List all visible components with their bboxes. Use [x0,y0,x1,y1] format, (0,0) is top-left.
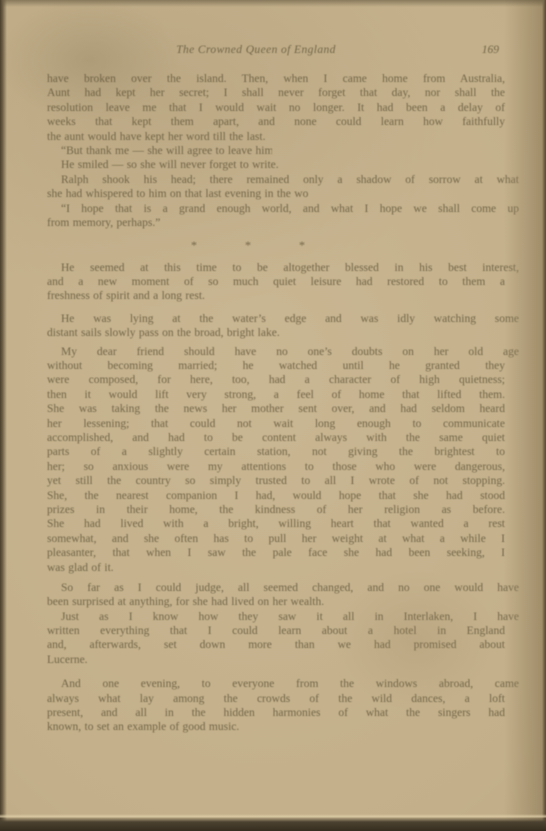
text-line: weeks that kept them apart, and none cou… [47,115,505,129]
text-line: Aunt had kept her secret; I shall never … [47,86,505,100]
text-line: And one evening, to everyone from the wi… [47,677,519,691]
text-line: without becoming married; he watched unt… [47,359,505,373]
body-text: have broken over the island. Then, when … [47,72,505,735]
paragraph: He was lying at the water’s edge and was… [47,312,505,341]
page-edge-left [0,0,7,831]
running-head-title: The Crowned Queen of England [47,44,465,56]
text-line: pleasanter, that when I saw the pale fac… [47,546,505,560]
text-line: yet still the country so simply trusted … [47,474,505,488]
text-line: freshness of spirit and a long rest. [47,289,239,303]
paragraph: have broken over the island. Then, when … [47,72,505,144]
text-line: were composed, for here, too, had a char… [47,373,505,387]
page-number: 169 [482,44,499,56]
paragraph: He smiled — so she will never forget to … [47,158,505,172]
text-line: prizes in their home, the kindness of he… [47,503,505,517]
running-head-row: The Crowned Queen of England 169 [47,44,505,60]
asterisk-mark: * [299,238,305,252]
text-line: always what lay among the crowds of the … [47,692,505,706]
paragraph: He seemed at this time to be altogether … [47,261,505,304]
text-line: then it would lift very strong, a feel o… [47,388,505,402]
paragraph: Just as I know how they saw it all in In… [47,610,505,668]
text-line: her; so anxious were my attentions to th… [47,460,505,474]
page-edge-top [0,0,546,7]
text-line: distant sails slowly pass on the broad, … [47,326,285,340]
text-line: Ralph shook his head; there remained onl… [47,173,519,187]
paragraph: My dear friend should have no one’s doub… [47,345,505,575]
paragraph: Ralph shook his head; there remained onl… [47,173,505,202]
text-line: parts of a slightly certain station, not… [47,445,505,459]
text-line: written everything that I could learn ab… [47,624,505,638]
text-line: and, afterwards, set down more than we h… [47,638,505,652]
text-line: Just as I know how they saw it all in In… [47,610,519,624]
text-line: He smiled — so she will never forget to … [47,158,290,172]
paragraph: So far as I could judge, all seemed chan… [47,581,505,610]
page-curl-shading [504,0,546,831]
paragraph: “But thank me — she will agree to leave … [47,144,505,158]
text-line: accomplished, and had to be content alwa… [47,431,505,445]
text-line: she had whispered to him on that last ev… [47,187,308,201]
text-line: So far as I could judge, all seemed chan… [47,581,519,595]
text-line: She was taking the news her mother sent … [47,402,505,416]
text-line: the aunt would have kept her word till t… [47,130,331,144]
text-line: My dear friend should have no one’s doub… [47,345,519,359]
text-line: somewhat, and she often has to pull her … [47,532,505,546]
page-print-area: The Crowned Queen of England 169 have br… [47,44,505,735]
paragraph: “I hope that is a grand enough world, an… [47,202,505,231]
page-edge-bottom-highlight [0,814,546,818]
text-line: resolution leave me that I would wait no… [47,101,505,115]
text-line: was glad of it. [47,561,139,575]
text-line: He was lying at the water’s edge and was… [47,312,519,326]
page-edge-right [542,0,546,831]
text-line: “I hope that is a grand enough world, an… [47,202,519,216]
text-line: Lucerne. [47,653,116,667]
text-line: her lessening; that could not wait long … [47,417,505,431]
text-line: “But thank me — she will agree to leave … [47,144,272,158]
text-line: She, the nearest companion I had, would … [47,489,505,503]
book-page-photo: The Crowned Queen of England 169 have br… [0,0,546,831]
paragraph: And one evening, to everyone from the wi… [47,677,505,735]
page-edge-bottom [0,817,546,831]
text-line: have broken over the island. Then, when … [47,72,505,86]
text-line: and a new moment of so much quiet leisur… [47,275,505,289]
text-line: known, to set an example of good music. [47,720,299,734]
asterisk-mark: * [245,238,251,252]
asterisk-mark: * [191,238,197,252]
text-line: from memory, perhaps.” [47,216,184,230]
text-line: been surprised at anything, for she had … [47,595,413,609]
text-line: She had lived with a bright, willing hea… [47,517,505,531]
section-break-asterisks: *** [19,238,477,252]
text-line: present, and all in the hidden harmonies… [47,706,505,720]
text-line: He seemed at this time to be altogether … [47,261,519,275]
